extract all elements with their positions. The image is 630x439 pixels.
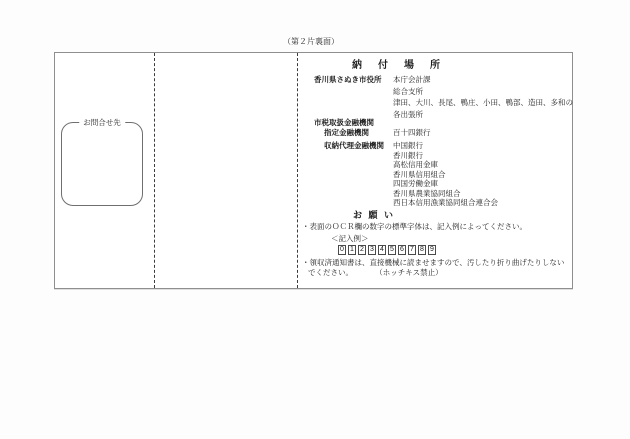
ocr-note: ・表面のＯＣＲ欄の数字の標準字体は、記入例によってください。 [302, 221, 572, 233]
sample-digit: 7 [408, 245, 416, 255]
sample-digit: 3 [368, 245, 376, 255]
agent-bank: 香川県農業協同組合 [393, 189, 572, 199]
contact-info-box: お問合せ先 [61, 122, 143, 206]
payment-slip-back-page: （第２片裏面） お問合せ先 納 付 場 所 香川県さぬき市役所 本庁会計課 総合… [0, 0, 630, 439]
designated-bank: 百十四銀行 [393, 128, 572, 138]
sample-digit: 2 [358, 245, 366, 255]
payment-info-panel: 納 付 場 所 香川県さぬき市役所 本庁会計課 総合支所 津田、大川、長尾、鴨庄… [298, 53, 572, 288]
sample-digit: 8 [418, 245, 426, 255]
sample-digit: 6 [398, 245, 406, 255]
financial-institutions-section: 市税取扱金融機関 指定金融機関 百十四銀行 収納代理金融機関 中国銀行 香川銀行… [298, 118, 572, 208]
agent-institutions-label: 収納代理金融機関 [324, 141, 393, 151]
agent-bank: 高松信用金庫 [393, 160, 572, 170]
staple-prohibited-note: （ホッチキス禁止） [379, 268, 443, 277]
city-office-location: 本庁会計課 [393, 74, 572, 86]
designated-institution-label: 指定金融機関 [324, 128, 393, 138]
sample-digit: 4 [378, 245, 386, 255]
handling-note-line1: ・領収済通知書は、直接機械に読ませますので、汚したり折り曲げたりしない [302, 257, 572, 268]
agent-bank: 香川銀行 [393, 151, 572, 161]
contact-box-label: お問合せ先 [79, 118, 125, 128]
example-label: ＜記入例＞ [331, 233, 572, 244]
page-side-label: （第２片裏面） [283, 37, 339, 47]
handling-note-continuation: でください。 [308, 268, 353, 277]
city-office-section: 香川県さぬき市役所 本庁会計課 総合支所 津田、大川、長尾、鴨庄、小田、鴨部、造… [298, 74, 572, 120]
sample-digit: 9 [428, 245, 436, 255]
request-section: お 願 い ・表面のＯＣＲ欄の数字の標準字体は、記入例によってください。 ＜記入… [298, 210, 572, 278]
fold-divider-left [154, 53, 155, 288]
agent-bank: 西日本信用漁業協同組合連合会 [393, 198, 572, 208]
handling-note-line2: でください。（ホッチキス禁止） [308, 268, 572, 278]
agent-bank: 中国銀行 [393, 141, 572, 151]
city-office-label: 香川県さぬき市役所 [314, 74, 393, 86]
slip-outline: お問合せ先 納 付 場 所 香川県さぬき市役所 本庁会計課 総合支所 津田、大川… [54, 52, 573, 289]
institutions-heading: 市税取扱金融機関 [314, 118, 572, 128]
agent-bank: 四国労働金庫 [393, 179, 572, 189]
request-title: お 願 い [353, 210, 572, 221]
sample-digit: 0 [338, 245, 346, 255]
city-office-location: 総合支所 [393, 86, 572, 98]
sample-digit: 1 [348, 245, 356, 255]
sample-digit: 5 [388, 245, 396, 255]
payment-locations-title: 納 付 場 所 [352, 56, 443, 71]
agent-bank: 香川県信用組合 [393, 170, 572, 180]
city-office-location: 津田、大川、長尾、鴨庄、小田、鴨部、造田、多和の [393, 97, 573, 109]
sample-digits-row: 0 1 2 3 4 5 6 7 8 9 [338, 245, 572, 255]
